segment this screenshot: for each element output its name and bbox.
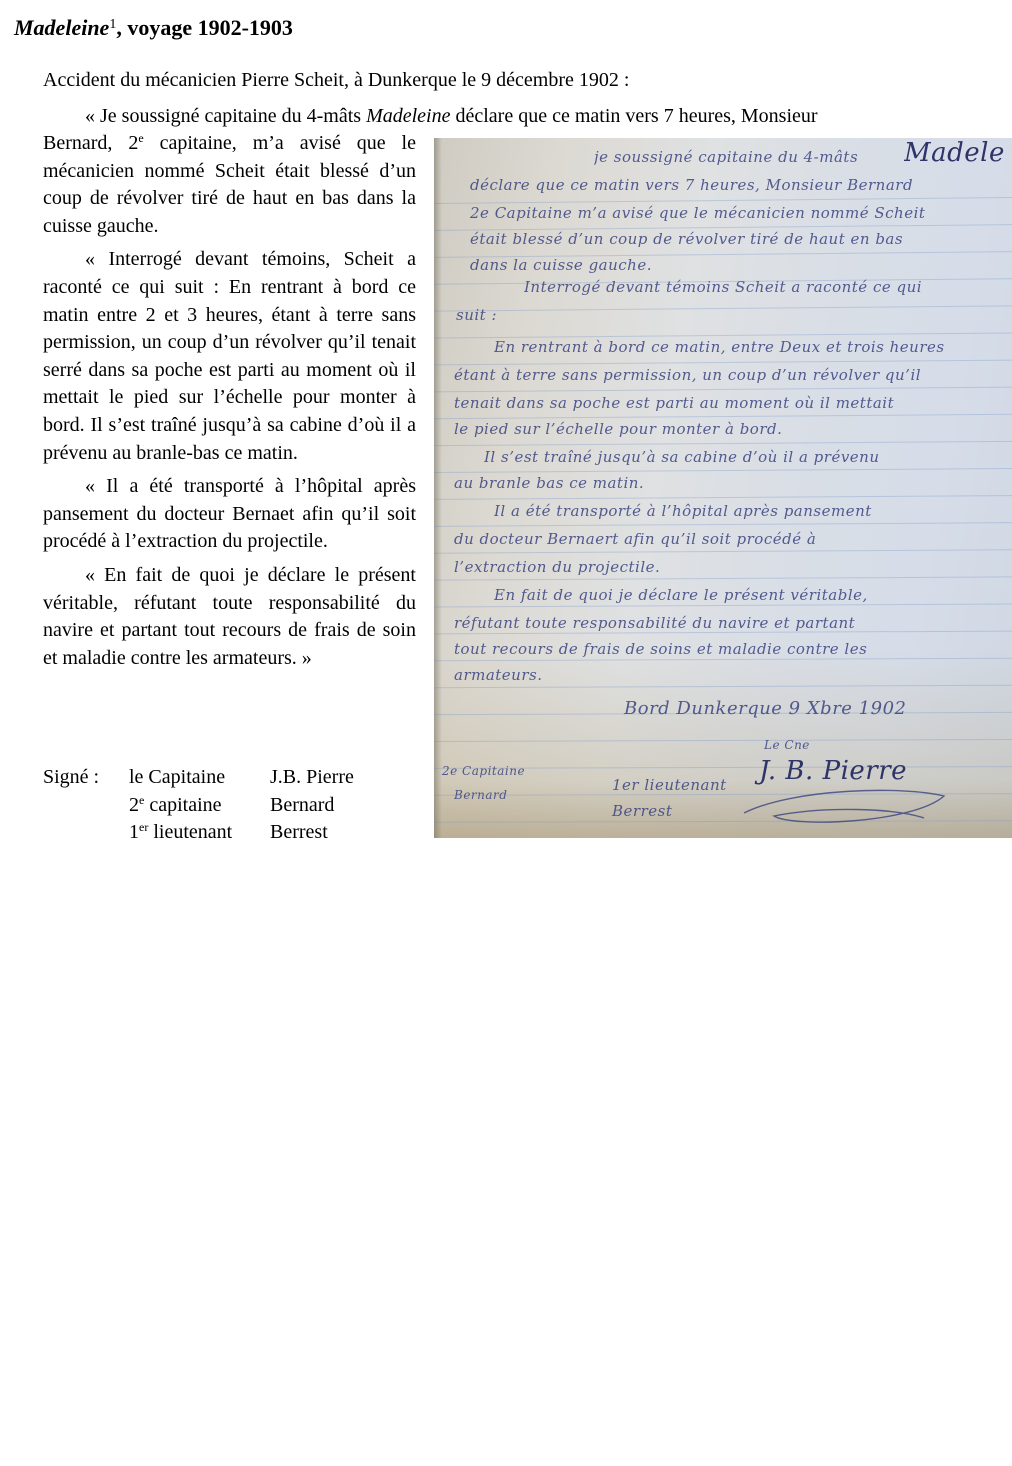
lieutenant-signature: Berrest [612, 802, 672, 820]
handwritten-captain-abbrev: Le Cne [764, 738, 810, 752]
role-text: le Capitaine [129, 766, 225, 788]
ruled-line [434, 522, 1012, 527]
handwritten-line: En fait de quoi je déclare le présent vé… [494, 586, 868, 604]
signature-name: Berrest [270, 819, 354, 847]
handwritten-line: 2e Capitaine m’a avisé que le mécanicien… [470, 204, 925, 222]
intro-line: Accident du mécanicien Pierre Scheit, à … [43, 66, 629, 94]
handwritten-line: Interrogé devant témoins Scheit a racont… [524, 278, 922, 296]
paragraph-text: Bernard, 2 [43, 132, 138, 154]
ruled-line [434, 495, 1012, 500]
handwritten-line: réfutant toute responsabilité du navire … [454, 614, 855, 632]
signature-flourish-icon [734, 778, 964, 828]
signature-row: 2e capitaine Bernard [43, 792, 354, 820]
handwritten-lieutenant-label: 1er lieutenant [612, 776, 727, 794]
page-title: Madeleine1, voyage 1902-1903 [14, 14, 293, 42]
signature-role: 2e capitaine [129, 792, 270, 820]
signatures-block: Signé : le Capitaine J.B. Pierre 2e capi… [43, 764, 354, 847]
paragraph-2: « Interrogé devant témoins, Scheit a rac… [43, 246, 416, 467]
ruled-line [434, 576, 1012, 580]
signature-row: Signé : le Capitaine J.B. Pierre [43, 764, 354, 792]
handwritten-line: armateurs. [454, 666, 542, 684]
handwritten-line: tenait dans sa poche est parti au moment… [454, 394, 894, 412]
ruled-line [434, 441, 1012, 446]
ruled-line [434, 387, 1012, 393]
handwritten-line: au branle bas ce matin. [454, 474, 644, 492]
role-text: lieutenant [148, 821, 232, 843]
handwritten-line: tout recours de frais de soins et maladi… [454, 640, 867, 658]
role-text: 1 [129, 821, 139, 843]
manuscript-photo: je soussigné capitaine du 4-mâtsMadelein… [434, 138, 1012, 838]
handwritten-line: suit : [456, 306, 497, 324]
title-voyage: , voyage 1902-1903 [116, 15, 293, 40]
ruled-line [434, 305, 1012, 311]
ruled-line [434, 414, 1012, 419]
handwritten-line: En rentrant à bord ce matin, entre Deux … [494, 338, 945, 356]
ruled-line [434, 739, 1012, 742]
signature-row: 1er lieutenant Berrest [43, 819, 354, 847]
handwritten-line: le pied sur l’échelle pour monter à bord… [454, 420, 782, 438]
handwritten-line: déclare que ce matin vers 7 heures, Mons… [470, 176, 913, 194]
declaration-text: « Je soussigné capitaine du 4-mâts [85, 105, 366, 127]
handwritten-line: du docteur Bernaert afin qu’il soit proc… [454, 530, 816, 548]
empty-cell [43, 819, 129, 847]
declaration-column: Bernard, 2e capitaine, m’a avisé que le … [43, 130, 416, 678]
signature-name: J.B. Pierre [270, 764, 354, 792]
handwritten-line: Il s’est traîné jusqu’à sa cabine d’où i… [484, 448, 880, 466]
handwritten-line: l’extraction du projectile. [454, 558, 660, 576]
ruled-line [434, 468, 1012, 473]
handwritten-place-date: Bord Dunkerque 9 Xbre 1902 [624, 698, 906, 719]
ruled-line [434, 685, 1012, 688]
signature-name: Bernard [270, 792, 354, 820]
handwritten-line: Il a été transporté à l’hôpital après pa… [494, 502, 872, 520]
signature-role: 1er lieutenant [129, 819, 270, 847]
ship-name-italic: Madeleine [366, 105, 450, 127]
paragraph-1: Bernard, 2e capitaine, m’a avisé que le … [43, 130, 416, 240]
handwritten-line: était blessé d’un coup de révolver tiré … [470, 230, 903, 248]
handwritten-line: étant à terre sans permission, un coup d… [454, 366, 921, 384]
role-text: 2 [129, 794, 139, 816]
ruled-line [434, 549, 1012, 553]
handwritten-line: dans la cuisse gauche. [470, 256, 652, 274]
declaration-first-line: « Je soussigné capitaine du 4-mâts Madel… [85, 102, 818, 130]
ruled-line [434, 603, 1012, 607]
handwritten-second-captain-label: 2e Capitaine [442, 764, 525, 778]
declaration-text: déclare que ce matin vers 7 heures, Mons… [450, 105, 817, 127]
ship-name: Madeleine [14, 15, 109, 40]
ruled-line [434, 658, 1012, 662]
handwritten-line: Madeleine [904, 138, 1004, 168]
signatures-table: Signé : le Capitaine J.B. Pierre 2e capi… [43, 764, 354, 847]
ruled-line [434, 360, 1012, 366]
superscript: er [139, 820, 148, 834]
handwritten-second-captain-name: Bernard [454, 788, 507, 802]
paragraph-3: « Il a été transporté à l’hôpital après … [43, 473, 416, 556]
handwritten-line: je soussigné capitaine du 4-mâts [594, 148, 858, 166]
empty-cell [43, 792, 129, 820]
paragraph-4: « En fait de quoi je déclare le pré­sent… [43, 562, 416, 672]
signed-label: Signé : [43, 764, 129, 792]
role-text: capitaine [144, 794, 221, 816]
signature-role: le Capitaine [129, 764, 270, 792]
ruled-line [434, 197, 1012, 204]
